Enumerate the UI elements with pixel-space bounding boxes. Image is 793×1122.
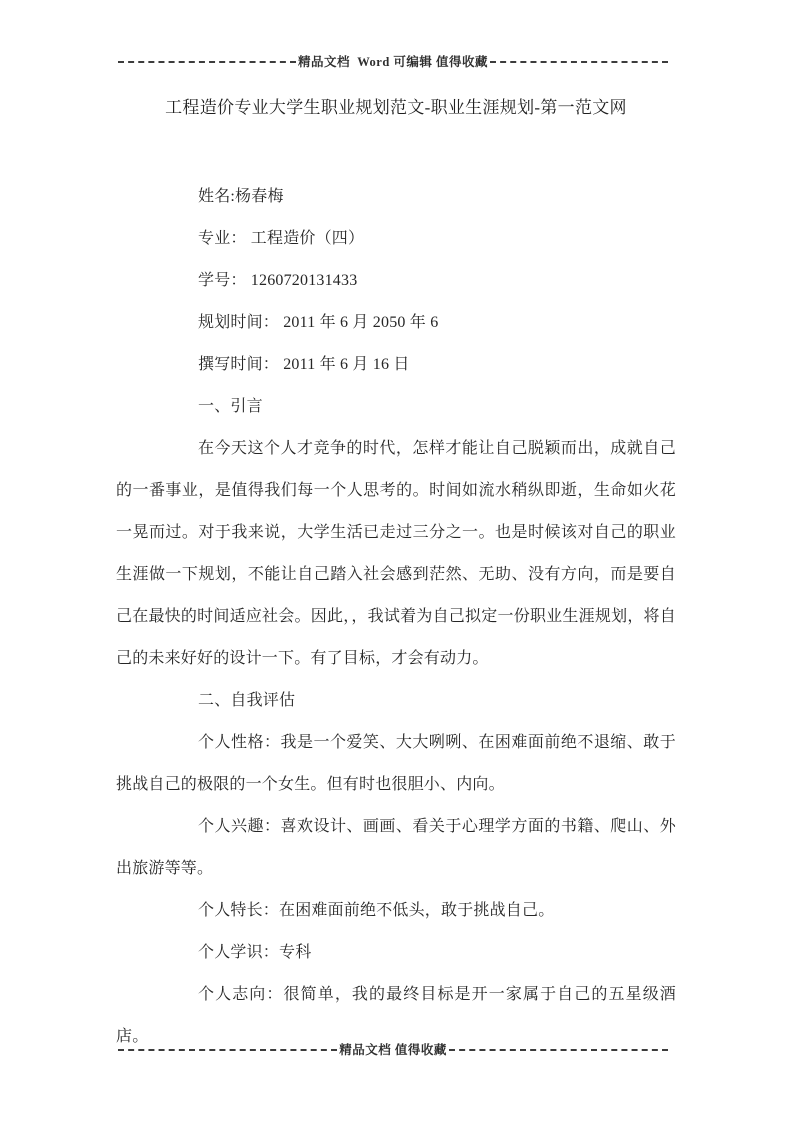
info-line-plan-period: 规划时间： 2011 年 6 月 2050 年 6 (116, 302, 676, 344)
body-paragraph-interests: 个人兴趣：喜欢设计、画画、看关于心理学方面的书籍、爬山、外出旅游等等。 (116, 806, 676, 890)
header-dash-right (490, 61, 668, 63)
footer-note: 精品文档 值得收藏 (337, 1043, 449, 1057)
info-line-student-id: 学号： 1260720131433 (116, 260, 676, 302)
info-line-name: 姓名:杨春梅 (116, 176, 676, 218)
document-body: 姓名:杨春梅 专业： 工程造价（四） 学号： 1260720131433 规划时… (116, 176, 676, 1058)
body-paragraph-education: 个人学识：专科 (116, 932, 676, 974)
body-paragraph-strengths: 个人特长：在困难面前绝不低头，敢于挑战自己。 (116, 890, 676, 932)
footer-dash-left (118, 1049, 337, 1051)
body-paragraph-personality: 个人性格：我是一个爱笑、大大咧咧、在困难面前绝不退缩、敢于挑战自己的极限的一个女… (116, 722, 676, 806)
body-paragraph-intro: 在今天这个人才竞争的时代，怎样才能让自己脱颖而出，成就自己的一番事业，是值得我们… (116, 428, 676, 680)
header-note: 精品文档 Word 可编辑 值得收藏 (296, 55, 490, 69)
document-page: 精品文档 Word 可编辑 值得收藏 工程造价专业大学生职业规划范文-职业生涯规… (0, 0, 793, 1122)
section-heading-intro: 一、引言 (116, 386, 676, 428)
footer-rule: 精品文档 值得收藏 (118, 1043, 668, 1057)
section-heading-self-assessment: 二、自我评估 (116, 680, 676, 722)
footer-dash-right (449, 1049, 668, 1051)
document-title: 工程造价专业大学生职业规划范文-职业生涯规划-第一范文网 (116, 96, 676, 120)
info-line-write-date: 撰写时间： 2011 年 6 月 16 日 (116, 344, 676, 386)
header-dash-left (118, 61, 296, 63)
info-line-major: 专业： 工程造价（四） (116, 218, 676, 260)
header-rule: 精品文档 Word 可编辑 值得收藏 (118, 55, 668, 69)
